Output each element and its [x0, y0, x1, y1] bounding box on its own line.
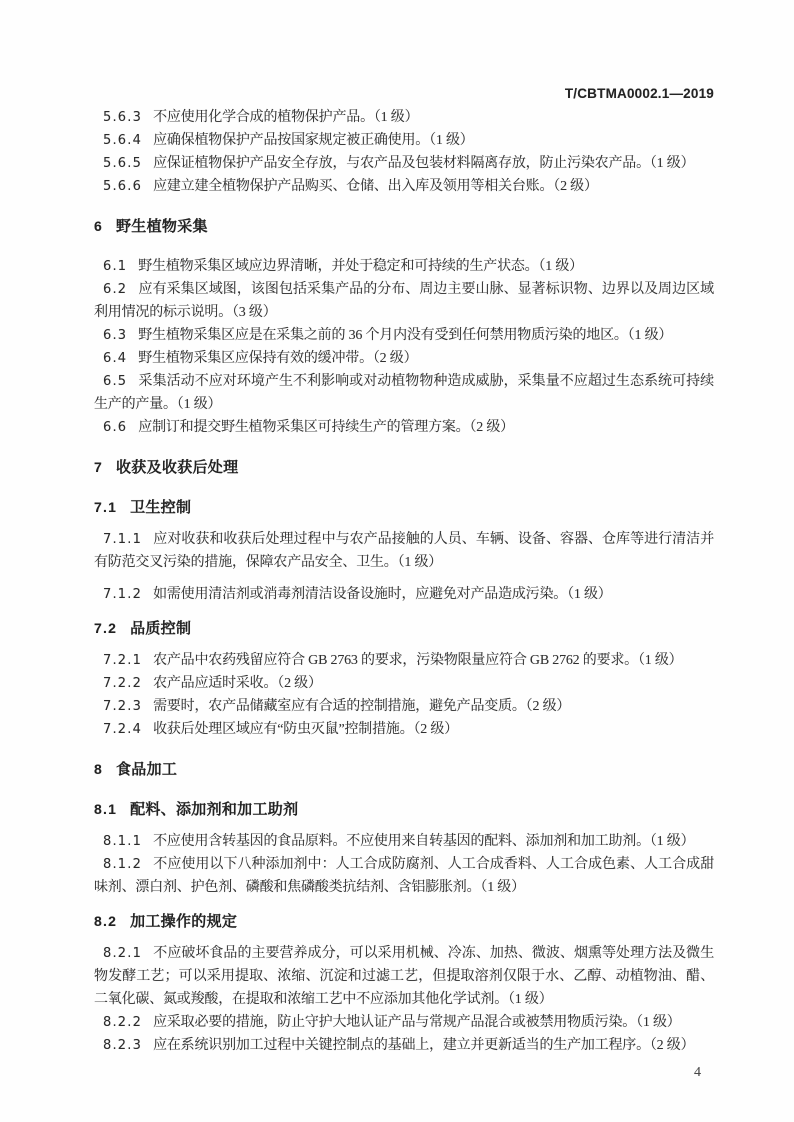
clause-number: 6.3 [103, 328, 127, 343]
subsection-heading-8-1: 8.1配料、添加剂和加工助剂 [94, 798, 714, 821]
clause-5-6-6: 5.6.6应建立建全植物保护产品购买、仓储、出入库及领用等相关台账。（2 级） [94, 175, 714, 198]
clause-text: 应保证植物保护产品安全存放，与农产品及包装材料隔离存放，防止污染农产品。（1 级… [153, 156, 694, 171]
clause-8-2-1: 8.2.1不应破坏食品的主要营养成分，可以采用机械、冷冻、加热、微波、烟熏等处理… [94, 942, 714, 1011]
heading-title: 收获及收获后处理 [116, 459, 238, 476]
clause-text: 野生植物采集区域应边界清晰，并处于稳定和可持续的生产状态。（1 级） [138, 259, 583, 274]
clause-number: 8.1.1 [103, 834, 142, 849]
page-footer: 4 [94, 1064, 714, 1082]
clause-number: 5.6.3 [103, 110, 142, 125]
clause-7-1-2: 7.1.2如需使用清洁剂或消毒剂清洁设备设施时，应避免对产品造成污染。（1 级） [94, 583, 714, 606]
clause-6-4: 6.4野生植物采集区应保持有效的缓冲带。（2 级） [94, 347, 714, 370]
standard-number: T/CBTMA0002.1—2019 [565, 86, 714, 101]
clause-number: 7.2.2 [103, 676, 142, 691]
heading-number: 7 [94, 459, 103, 475]
subsection-heading-7-1: 7.1卫生控制 [94, 496, 714, 519]
clause-text: 应确保植物保护产品按国家规定被正确使用。（1 级） [153, 133, 474, 148]
clause-text: 农产品中农药残留应符合 GB 2763 的要求，污染物限量应符合 GB 2762… [153, 653, 682, 668]
section-heading-8: 8食品加工 [94, 758, 714, 781]
clause-number: 6.1 [103, 259, 127, 274]
heading-title: 品质控制 [130, 620, 191, 637]
clause-text: 不应使用含转基因的食品原料。不应使用来自转基因的配料、添加剂和加工助剂。（1 级… [153, 834, 694, 849]
document-header: T/CBTMA0002.1—2019 [94, 86, 714, 101]
clause-number: 8.2.3 [103, 1038, 142, 1053]
clause-text: 应有采集区域图，该图包括采集产品的分布、周边主要山脉、显著标识物、边界以及周边区… [94, 282, 714, 320]
clause-text: 不应使用以下八种添加剂中：人工合成防腐剂、人工合成香料、人工合成色素、人工合成甜… [94, 857, 714, 895]
clause-6-3: 6.3野生植物采集区应是在采集之前的 36 个月内没有受到任何禁用物质污染的地区… [94, 324, 714, 347]
section-heading-7: 7收获及收获后处理 [94, 456, 714, 479]
heading-number: 8 [94, 761, 103, 777]
clause-8-1-2: 8.1.2不应使用以下八种添加剂中：人工合成防腐剂、人工合成香料、人工合成色素、… [94, 853, 714, 899]
heading-number: 8.2 [94, 913, 117, 929]
heading-title: 加工操作的规定 [130, 913, 237, 930]
clause-text: 如需使用清洁剂或消毒剂清洁设备设施时，应避免对产品造成污染。（1 级） [153, 587, 612, 602]
clause-8-2-3: 8.2.3应在系统识别加工过程中关键控制点的基础上，建立并更新适当的生产加工程序… [94, 1034, 714, 1057]
subsection-heading-7-2: 7.2品质控制 [94, 617, 714, 640]
heading-number: 6 [94, 218, 103, 234]
clause-text: 农产品应适时采收。（2 级） [153, 676, 322, 691]
clause-text: 野生植物采集区应是在采集之前的 36 个月内没有受到任何禁用物质污染的地区。（1… [138, 328, 672, 343]
clause-number: 7.1.1 [103, 532, 142, 547]
clause-7-2-3: 7.2.3需要时，农产品储藏室应有合适的控制措施，避免产品变质。（2 级） [94, 695, 714, 718]
clause-number: 6.6 [103, 420, 127, 435]
clause-number: 7.1.2 [103, 587, 142, 602]
heading-number: 8.1 [94, 801, 117, 817]
document-body: 5.6.3不应使用化学合成的植物保护产品。（1 级）5.6.4应确保植物保护产品… [94, 106, 714, 1057]
heading-title: 卫生控制 [130, 499, 191, 516]
clause-8-1-1: 8.1.1不应使用含转基因的食品原料。不应使用来自转基因的配料、添加剂和加工助剂… [94, 830, 714, 853]
clause-text: 应制订和提交野生植物采集区可持续生产的管理方案。（2 级） [138, 420, 514, 435]
clause-text: 不应破坏食品的主要营养成分，可以采用机械、冷冻、加热、微波、烟熏等处理方法及微生… [94, 946, 714, 1007]
document-page: T/CBTMA0002.1—2019 5.6.3不应使用化学合成的植物保护产品。… [0, 0, 794, 1122]
clause-text: 应对收获和收获后处理过程中与农产品接触的人员、车辆、设备、容器、仓库等进行清洁并… [94, 532, 714, 570]
clause-number: 6.2 [103, 282, 127, 297]
clause-text: 需要时，农产品储藏室应有合适的控制措施，避免产品变质。（2 级） [153, 699, 570, 714]
clause-number: 7.2.3 [103, 699, 142, 714]
clause-7-2-4: 7.2.4收获后处理区域应有“防虫灭鼠”控制措施。（2 级） [94, 718, 714, 741]
clause-7-1-1: 7.1.1应对收获和收获后处理过程中与农产品接触的人员、车辆、设备、容器、仓库等… [94, 528, 714, 574]
clause-number: 5.6.5 [103, 156, 142, 171]
clause-6-1: 6.1野生植物采集区域应边界清晰，并处于稳定和可持续的生产状态。（1 级） [94, 255, 714, 278]
clause-text: 应建立建全植物保护产品购买、仓储、出入库及领用等相关台账。（2 级） [153, 179, 598, 194]
clause-5-6-3: 5.6.3不应使用化学合成的植物保护产品。（1 级） [94, 106, 714, 129]
heading-title: 食品加工 [116, 761, 177, 778]
clause-number: 8.1.2 [103, 857, 142, 872]
clause-number: 5.6.4 [103, 133, 142, 148]
clause-number: 5.6.6 [103, 179, 142, 194]
clause-text: 不应使用化学合成的植物保护产品。（1 级） [153, 110, 418, 125]
clause-6-2: 6.2应有采集区域图，该图包括采集产品的分布、周边主要山脉、显著标识物、边界以及… [94, 278, 714, 324]
heading-number: 7.2 [94, 620, 117, 636]
clause-number: 8.2.2 [103, 1015, 142, 1030]
clause-8-2-2: 8.2.2应采取必要的措施，防止守护大地认证产品与常规产品混合或被禁用物质污染。… [94, 1011, 714, 1034]
clause-number: 6.5 [103, 374, 127, 389]
heading-title: 配料、添加剂和加工助剂 [130, 801, 298, 818]
clause-6-5: 6.5采集活动不应对环境产生不利影响或对动植物物种造成威胁，采集量不应超过生态系… [94, 370, 714, 416]
clause-number: 8.2.1 [103, 946, 142, 961]
clause-text: 野生植物采集区应保持有效的缓冲带。（2 级） [138, 351, 417, 366]
clause-5-6-5: 5.6.5应保证植物保护产品安全存放，与农产品及包装材料隔离存放，防止污染农产品… [94, 152, 714, 175]
clause-5-6-4: 5.6.4应确保植物保护产品按国家规定被正确使用。（1 级） [94, 129, 714, 152]
clause-number: 7.2.1 [103, 653, 142, 668]
clause-text: 收获后处理区域应有“防虫灭鼠”控制措施。（2 级） [153, 722, 458, 737]
clause-7-2-1: 7.2.1农产品中农药残留应符合 GB 2763 的要求，污染物限量应符合 GB… [94, 649, 714, 672]
heading-title: 野生植物采集 [116, 218, 208, 235]
clause-text: 采集活动不应对环境产生不利影响或对动植物物种造成威胁，采集量不应超过生态系统可持… [94, 374, 714, 412]
clause-text: 应在系统识别加工过程中关键控制点的基础上，建立并更新适当的生产加工程序。（2 级… [153, 1038, 694, 1053]
heading-number: 7.1 [94, 499, 117, 515]
clause-number: 7.2.4 [103, 722, 142, 737]
page-number: 4 [694, 1065, 701, 1080]
clause-6-6: 6.6应制订和提交野生植物采集区可持续生产的管理方案。（2 级） [94, 416, 714, 439]
clause-text: 应采取必要的措施，防止守护大地认证产品与常规产品混合或被禁用物质污染。（1 级） [153, 1015, 681, 1030]
clause-7-2-2: 7.2.2农产品应适时采收。（2 级） [94, 672, 714, 695]
section-heading-6: 6野生植物采集 [94, 215, 714, 238]
subsection-heading-8-2: 8.2加工操作的规定 [94, 910, 714, 933]
clause-number: 6.4 [103, 351, 127, 366]
